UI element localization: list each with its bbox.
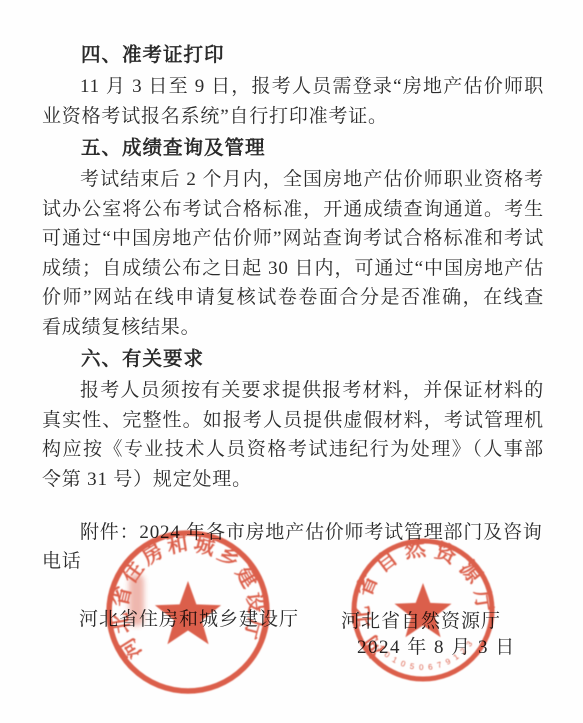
official-seal-right: 河北省自然资源厅 1301050679123 [349, 536, 497, 684]
section-heading-4: 四、准考证打印 [42, 41, 544, 70]
signature-area: 河北省住房和城乡建设厅 河北省自然资源厅 1301050679123 [0, 520, 583, 723]
section-heading-6: 六、有关要求 [42, 345, 544, 374]
section-paragraph-4: 11 月 3 日至 9 日，报考人员需登录“房地产估价师职业资格考试报名系统”自… [42, 72, 544, 131]
section-paragraph-5: 考试结束后 2 个月内，全国房地产估价师职业资格考试办公室将公布考试合格标准，开… [42, 165, 544, 342]
document-page: 四、准考证打印 11 月 3 日至 9 日，报考人员需登录“房地产估价师职业资格… [0, 0, 583, 723]
star-icon [395, 583, 452, 637]
section-heading-5: 五、成绩查询及管理 [42, 134, 544, 163]
star-icon [155, 581, 221, 644]
official-seal-left: 河北省住房和城乡建设厅 [103, 527, 273, 697]
document-body: 四、准考证打印 11 月 3 日至 9 日，报考人员需登录“房地产估价师职业资格… [42, 38, 544, 576]
section-paragraph-6: 报考人员须按有关要求提供报考材料，并保证材料的真实性、完整性。如报考人员提供虚假… [42, 376, 544, 494]
